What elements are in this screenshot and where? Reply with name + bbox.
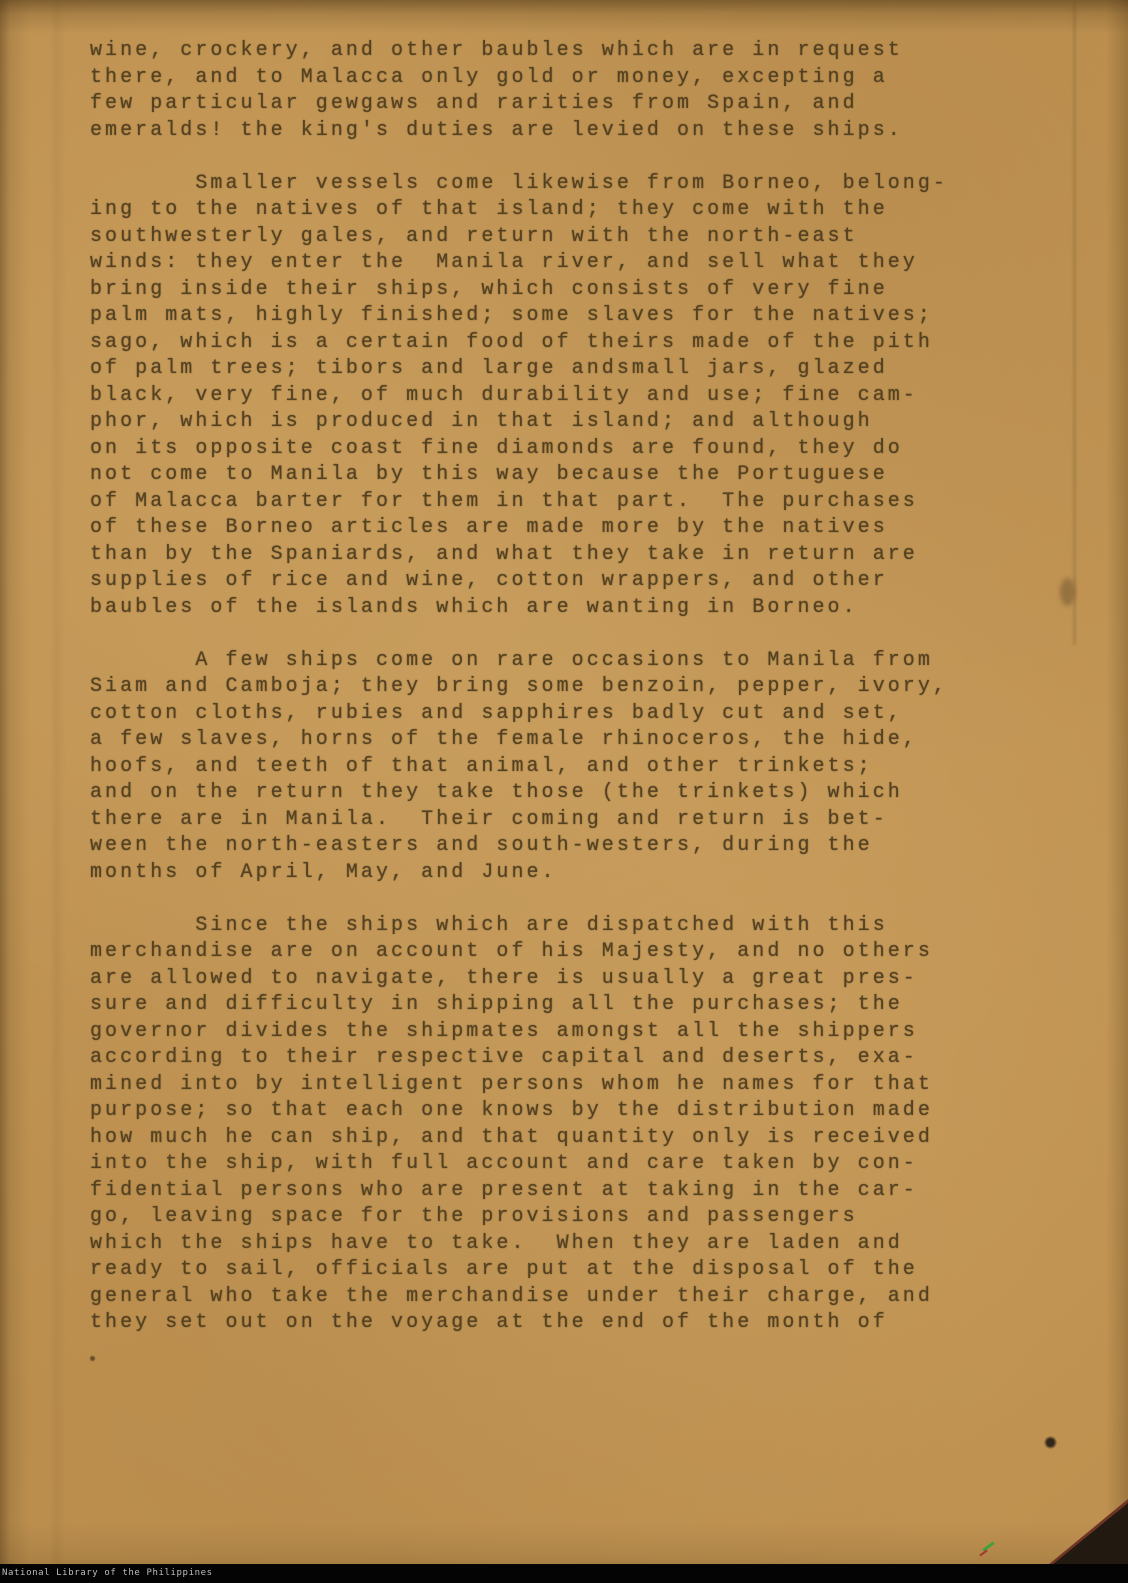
text-line: governor divides the shipmates amongst a… xyxy=(90,1019,1090,1046)
text-line: phor, which is produced in that island; … xyxy=(90,409,1090,436)
text-line: sago, which is a certain food of theirs … xyxy=(90,330,1090,357)
text-line: southwesterly gales, and return with the… xyxy=(90,224,1090,251)
ink-smudge xyxy=(1060,578,1075,606)
text-line: general who take the merchandise under t… xyxy=(90,1284,1090,1311)
red-mark xyxy=(979,1550,987,1557)
paper-crease xyxy=(1073,0,1076,645)
paragraph: wine, crockery, and other baubles which … xyxy=(90,38,1090,144)
text-line: mined into by intelligent persons whom h… xyxy=(90,1072,1090,1099)
text-line: into the ship, with full account and car… xyxy=(90,1151,1090,1178)
scanned-page: wine, crockery, and other baubles which … xyxy=(0,0,1128,1583)
document-text: wine, crockery, and other baubles which … xyxy=(90,38,1090,1363)
text-line: ing to the natives of that island; they … xyxy=(90,197,1090,224)
text-line: how much he can ship, and that quantity … xyxy=(90,1125,1090,1152)
text-line: and on the return they take those (the t… xyxy=(90,780,1090,807)
text-line: bring inside their ships, which consists… xyxy=(90,277,1090,304)
text-line: go, leaving space for the provisions and… xyxy=(90,1204,1090,1231)
paragraph: Smaller vessels come likewise from Borne… xyxy=(90,171,1090,622)
text-line: fidential persons who are present at tak… xyxy=(90,1178,1090,1205)
text-line: of these Borneo articles are made more b… xyxy=(90,515,1090,542)
text-line: ween the north-easters and south-westers… xyxy=(90,833,1090,860)
footer-bar: National Library of the Philippines xyxy=(0,1564,1128,1583)
text-line: purpose; so that each one knows by the d… xyxy=(90,1098,1090,1125)
text-line: than by the Spaniards, and what they tak… xyxy=(90,542,1090,569)
text-line: there, and to Malacca only gold or money… xyxy=(90,65,1090,92)
text-line: emeralds! the king's duties are levied o… xyxy=(90,118,1090,145)
text-line: they set out on the voyage at the end of… xyxy=(90,1310,1090,1337)
text-line: of Malacca barter for them in that part.… xyxy=(90,489,1090,516)
paper-spot xyxy=(90,1356,95,1361)
text-line: merchandise are on account of his Majest… xyxy=(90,939,1090,966)
text-line: according to their respective capital an… xyxy=(90,1045,1090,1072)
text-line: supplies of rice and wine, cotton wrappe… xyxy=(90,568,1090,595)
text-line: Siam and Camboja; they bring some benzoi… xyxy=(90,674,1090,701)
text-line: ready to sail, officials are put at the … xyxy=(90,1257,1090,1284)
text-line: Smaller vessels come likewise from Borne… xyxy=(90,171,1090,198)
text-line: few particular gewgaws and rarities from… xyxy=(90,91,1090,118)
text-line: hoofs, and teeth of that animal, and oth… xyxy=(90,754,1090,781)
paragraph: A few ships come on rare occasions to Ma… xyxy=(90,648,1090,887)
ink-blot xyxy=(1044,1436,1057,1449)
text-line: of palm trees; tibors and large andsmall… xyxy=(90,356,1090,383)
text-line: sure and difficulty in shipping all the … xyxy=(90,992,1090,1019)
text-line: there are in Manila. Their coming and re… xyxy=(90,807,1090,834)
text-line: winds: they enter the Manila river, and … xyxy=(90,250,1090,277)
paragraph: Since the ships which are dispatched wit… xyxy=(90,913,1090,1337)
library-watermark-label: National Library of the Philippines xyxy=(2,1568,213,1578)
text-line: months of April, May, and June. xyxy=(90,860,1090,887)
text-line: palm mats, highly finished; some slaves … xyxy=(90,303,1090,330)
text-line: black, very fine, of much durability and… xyxy=(90,383,1090,410)
text-line: on its opposite coast fine diamonds are … xyxy=(90,436,1090,463)
text-line: A few ships come on rare occasions to Ma… xyxy=(90,648,1090,675)
text-line: which the ships have to take. When they … xyxy=(90,1231,1090,1258)
text-line: wine, crockery, and other baubles which … xyxy=(90,38,1090,65)
text-line: a few slaves, horns of the female rhinoc… xyxy=(90,727,1090,754)
text-line: baubles of the islands which are wanting… xyxy=(90,595,1090,622)
text-line: not come to Manila by this way because t… xyxy=(90,462,1090,489)
text-line: cotton cloths, rubies and sapphires badl… xyxy=(90,701,1090,728)
text-line: Since the ships which are dispatched wit… xyxy=(90,913,1090,940)
text-line: are allowed to navigate, there is usuall… xyxy=(90,966,1090,993)
